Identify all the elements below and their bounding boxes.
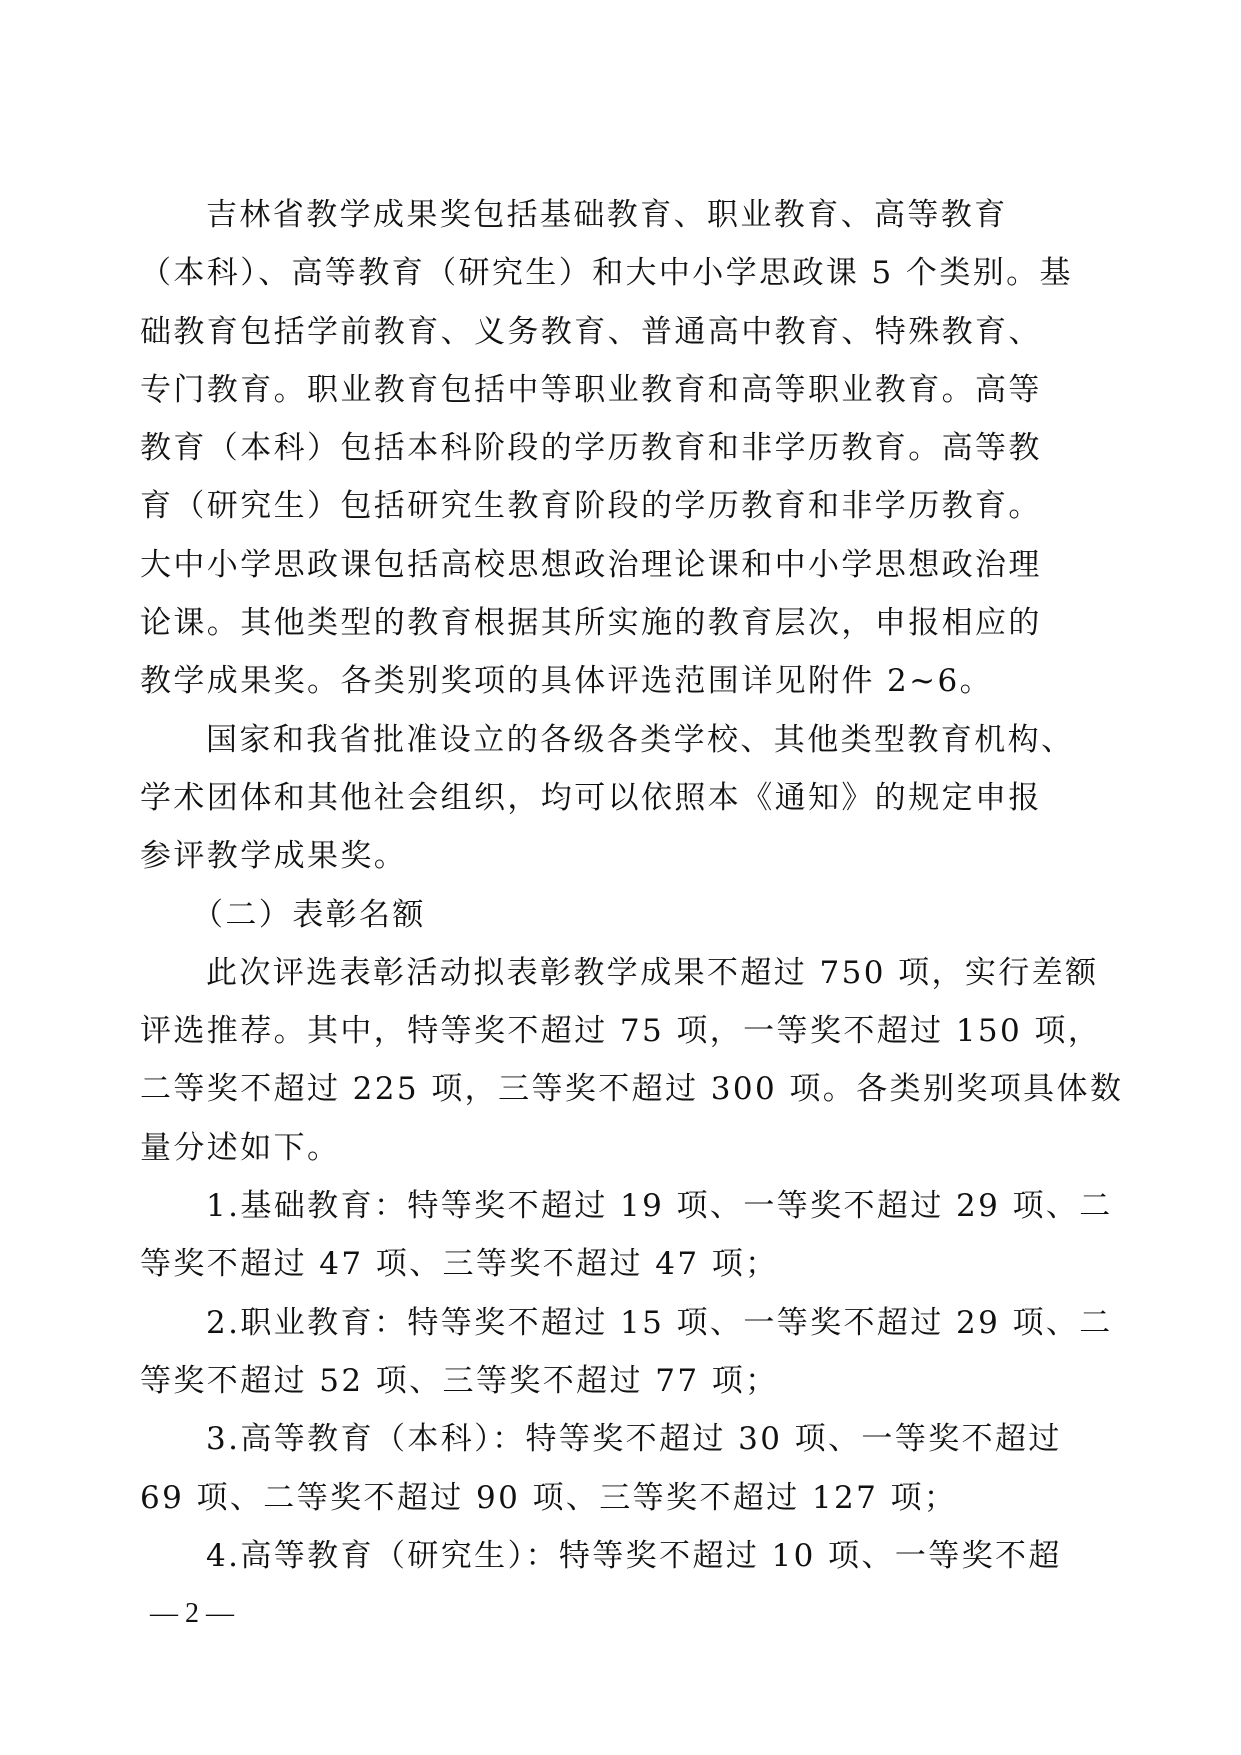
paragraph-line: 教学成果奖。各类别奖项的具体评选范围详见附件 2~6。 xyxy=(140,652,1086,710)
paragraph-line: 吉林省教学成果奖包括基础教育、职业教育、高等教育 xyxy=(140,186,1086,244)
list-item-line: 等奖不超过 52 项、三等奖不超过 77 项； xyxy=(140,1352,1086,1410)
list-item-line: 69 项、二等奖不超过 90 项、三等奖不超过 127 项； xyxy=(140,1469,1086,1527)
document-page: 吉林省教学成果奖包括基础教育、职业教育、高等教育 （本科）、高等教育（研究生）和… xyxy=(0,0,1241,1755)
paragraph-line: 参评教学成果奖。 xyxy=(140,827,1086,885)
paragraph-line: 育（研究生）包括研究生教育阶段的学历教育和非学历教育。 xyxy=(140,477,1086,535)
paragraph-line: 学术团体和其他社会组织，均可以依照本《通知》的规定申报 xyxy=(140,769,1086,827)
list-item-line: 1.基础教育：特等奖不超过 19 项、一等奖不超过 29 项、二 xyxy=(140,1177,1086,1235)
paragraph-line: （本科）、高等教育（研究生）和大中小学思政课 5 个类别。基 xyxy=(140,244,1086,302)
paragraph-line: 二等奖不超过 225 项，三等奖不超过 300 项。各类别奖项具体数 xyxy=(140,1060,1086,1118)
paragraph-line: 论课。其他类型的教育根据其所实施的教育层次，申报相应的 xyxy=(140,594,1086,652)
paragraph-line: 专门教育。职业教育包括中等职业教育和高等职业教育。高等 xyxy=(140,361,1086,419)
paragraph-line: 国家和我省批准设立的各级各类学校、其他类型教育机构、 xyxy=(140,711,1086,769)
list-item-line: 3.高等教育（本科）：特等奖不超过 30 项、一等奖不超过 xyxy=(140,1410,1086,1468)
paragraph-line: 教育（本科）包括本科阶段的学历教育和非学历教育。高等教 xyxy=(140,419,1086,477)
paragraph-line: 础教育包括学前教育、义务教育、普通高中教育、特殊教育、 xyxy=(140,303,1086,361)
page-number: — 2 — xyxy=(150,1598,234,1630)
document-body: 吉林省教学成果奖包括基础教育、职业教育、高等教育 （本科）、高等教育（研究生）和… xyxy=(140,186,1086,1585)
list-item-line: 等奖不超过 47 项、三等奖不超过 47 项； xyxy=(140,1235,1086,1293)
paragraph-line: 此次评选表彰活动拟表彰教学成果不超过 750 项，实行差额 xyxy=(140,944,1086,1002)
list-item-line: 2.职业教育：特等奖不超过 15 项、一等奖不超过 29 项、二 xyxy=(140,1294,1086,1352)
paragraph-line: 大中小学思政课包括高校思想政治理论课和中小学思想政治理 xyxy=(140,536,1086,594)
paragraph-line: 量分述如下。 xyxy=(140,1119,1086,1177)
section-heading: （二）表彰名额 xyxy=(140,886,1086,944)
paragraph-line: 评选推荐。其中，特等奖不超过 75 项，一等奖不超过 150 项， xyxy=(140,1002,1086,1060)
list-item-line: 4.高等教育（研究生）：特等奖不超过 10 项、一等奖不超 xyxy=(140,1527,1086,1585)
